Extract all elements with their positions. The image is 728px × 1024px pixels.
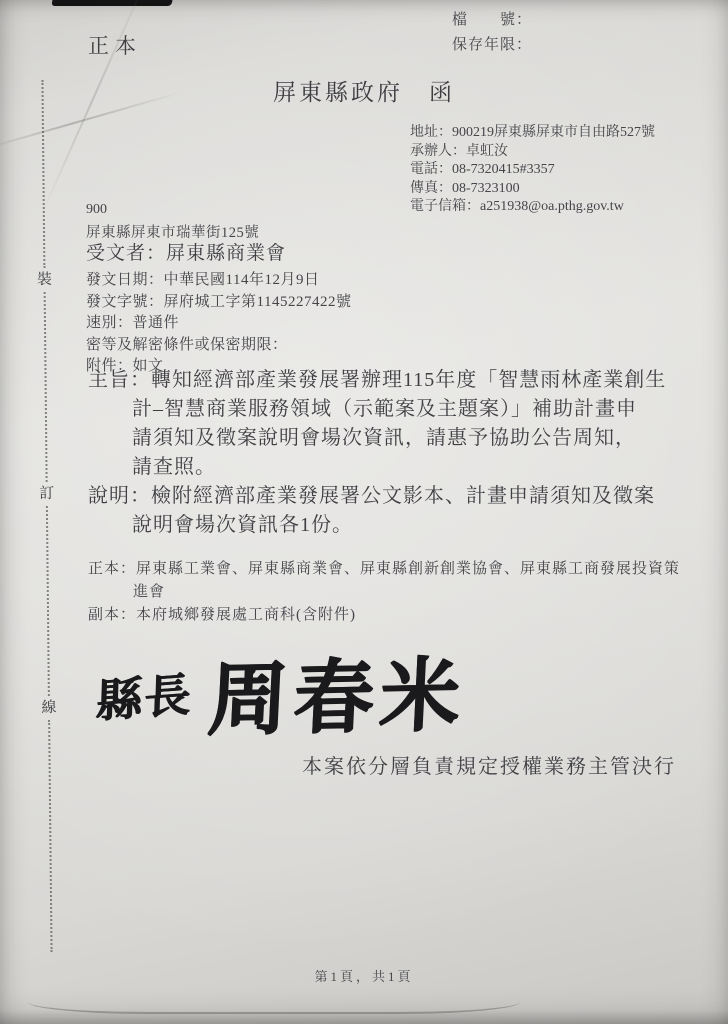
photo-top-edge-shadow — [52, 0, 173, 6]
binding-mark-ding: 訂 — [39, 483, 54, 505]
binding-dotted-line — [46, 506, 50, 696]
delegation-note: 本案依分層負責規定授權業務主管決行 — [302, 750, 676, 779]
binding-mark-zhuang: 裝 — [37, 269, 52, 291]
sender-contact-block: 地址：900219屏東縣屏東市自由路527號 承辦人：卓虹汝 電話：08-732… — [410, 124, 655, 217]
file-number-label: 檔 號： — [452, 8, 532, 33]
recipient-zip-code: 900 — [86, 202, 107, 218]
photo-bottom-shadow — [0, 1010, 728, 1024]
binding-dotted-line — [41, 80, 45, 268]
description-line: 說明會場次資訊各1份。 — [132, 511, 655, 540]
binding-dotted-line — [48, 720, 52, 952]
document-title: 屏東縣政府 函 — [0, 74, 728, 107]
retention-period-label: 保存年限： — [452, 33, 532, 58]
dispatch-date: 發文日期：中華民國114年12月9日 — [86, 270, 351, 292]
dispatch-meta-block: 發文日期：中華民國114年12月9日 發文字號：屏府城工字第1145227422… — [86, 270, 351, 378]
original-recipients-line: 正本：屏東縣工業會、屏東縣商業會、屏東縣創新創業協會、屏東縣工商發展投資策 — [88, 558, 680, 581]
magistrate-signature: 縣長 周春米 — [95, 630, 467, 753]
description-line: 說明：檢附經濟部產業發展署公文影本、計畫申請須知及徵案 — [88, 482, 655, 511]
dispatch-security: 密等及解密條件或保密期限： — [86, 335, 351, 357]
subject-line: 主旨：轉知經濟部產業發展署辦理115年度「智慧雨林產業創生 — [88, 366, 666, 395]
copy-type-label: 正本 — [88, 30, 142, 60]
distribution-block: 正本：屏東縣工業會、屏東縣商業會、屏東縣創新創業協會、屏東縣工商發展投資策 進會… — [88, 558, 680, 627]
binding-mark-xian: 線 — [41, 697, 56, 719]
recipient-line: 受文者：屏東縣商業會 — [86, 238, 286, 265]
scanned-official-letter-photo: 裝 訂 線 正本 檔 號： 保存年限： 屏東縣政府 函 地址：900219屏東縣… — [0, 0, 728, 1024]
signature-name: 周春米 — [205, 630, 469, 751]
dispatch-speed: 速別：普通件 — [86, 313, 351, 335]
cc-recipients-line: 副本：本府城鄉發展處工商科(含附件) — [88, 604, 680, 627]
binding-margin-rail: 裝 訂 線 — [33, 80, 60, 952]
original-recipients-line: 進會 — [133, 581, 680, 604]
sender-email: 電子信箱：a251938@oa.pthg.gov.tw — [410, 198, 655, 217]
signature-title: 縣長 — [95, 658, 193, 731]
sender-address: 地址：900219屏東縣屏東市自由路527號 — [410, 124, 655, 143]
dispatch-doc-number: 發文字號：屏府城工字第1145227422號 — [86, 292, 351, 314]
sender-phone: 電話：08-7320415#3357 — [410, 161, 655, 180]
sender-contact-person: 承辦人：卓虹汝 — [410, 143, 655, 162]
subject-line: 請須知及徵案說明會場次資訊，請惠予協助公告周知， — [132, 424, 666, 453]
description-paragraph: 說明：檢附經濟部產業發展署公文影本、計畫申請須知及徵案 說明會場次資訊各1份。 — [88, 482, 655, 540]
subject-paragraph: 主旨：轉知經濟部產業發展署辦理115年度「智慧雨林產業創生 計–智慧商業服務領域… — [88, 366, 666, 482]
sender-fax: 傳真：08-7323100 — [410, 180, 655, 199]
subject-line: 計–智慧商業服務領域（示範案及主題案）」補助計畫申 — [132, 395, 666, 424]
archive-block: 檔 號： 保存年限： — [452, 8, 532, 58]
page-number-footer: 第1頁，共1頁 — [0, 966, 728, 985]
binding-dotted-line — [44, 292, 48, 482]
subject-line: 請查照。 — [132, 453, 666, 482]
